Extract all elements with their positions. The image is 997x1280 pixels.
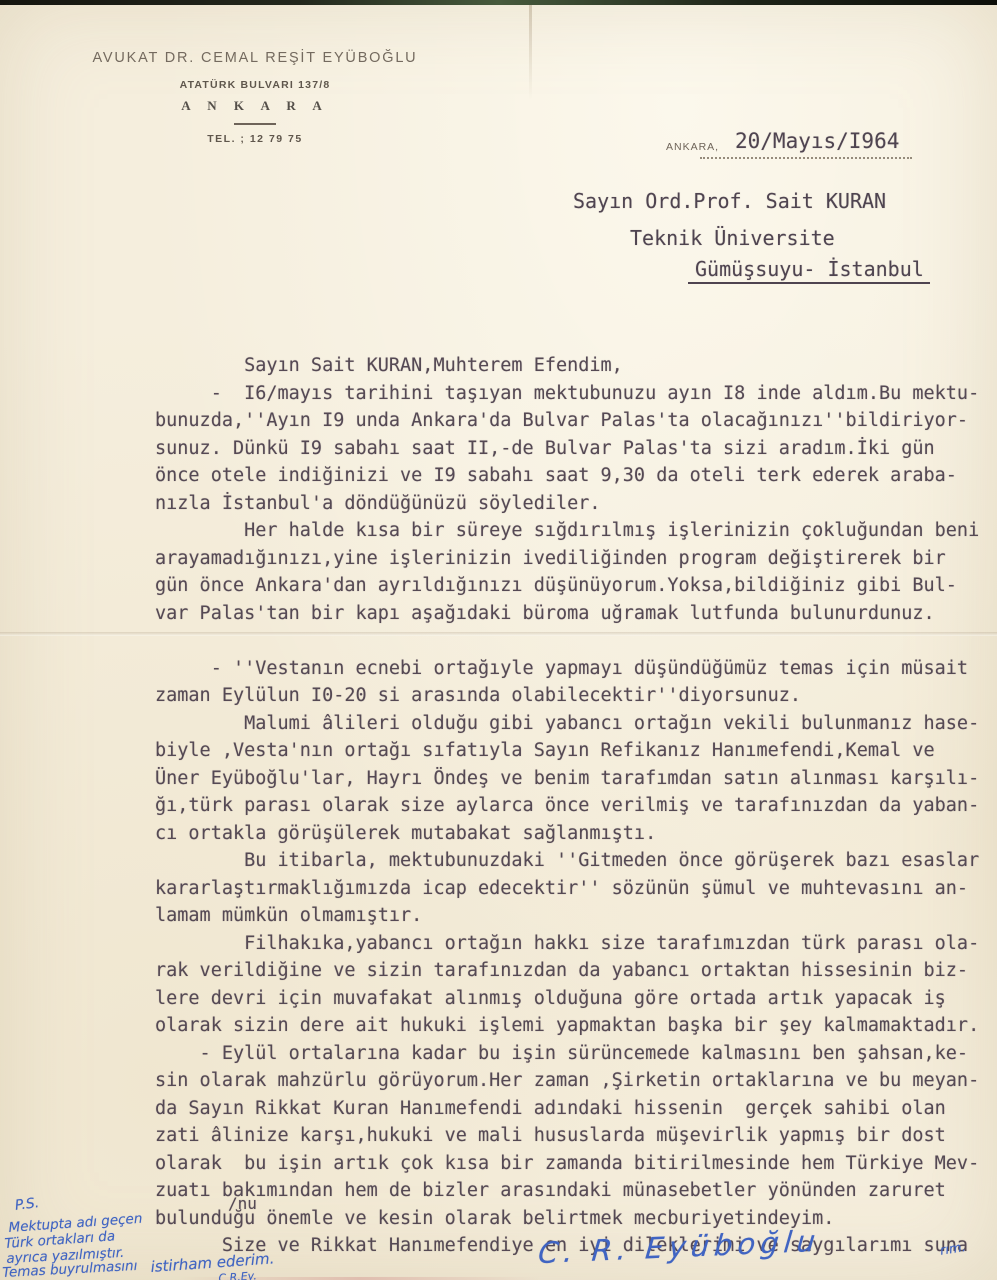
body-line: gün önce Ankara'dan ayrıldığınızı düşünü… bbox=[155, 572, 995, 600]
body-line: Her halde kısa bir süreye sığdırılmış iş… bbox=[155, 517, 995, 545]
body-line: olarak sizin dere ait hukuki işlemi yapm… bbox=[155, 1012, 995, 1040]
recipient-city: Gümüşsuyu- İstanbul bbox=[688, 257, 930, 284]
letterhead-divider bbox=[234, 123, 276, 125]
recipient-city-underlined: Gümüşsuyu- İstanbul bbox=[688, 257, 930, 284]
recipient-name: Sayın Ord.Prof. Sait KURAN bbox=[573, 189, 886, 213]
body-line: bunuzda,''Ayın I9 unda Ankara'da Bulvar … bbox=[155, 407, 995, 435]
body-line: zati âlinize karşı,hukuki ve mali hususl… bbox=[155, 1122, 995, 1150]
body-line: kararlaştırmaklığımızda icap edecektir''… bbox=[155, 875, 995, 903]
body-line: bulunduğu önemle ve kesin olarak belirtm… bbox=[155, 1205, 995, 1233]
letter-page: AVUKAT DR. CEMAL REŞİT EYÜBOĞLU ATATÜRK … bbox=[0, 0, 997, 1280]
body-line: Filhakıka,yabancı ortağın hakkı size tar… bbox=[155, 930, 995, 958]
body-line: Bu itibarla, mektubunuzdaki ''Gitmeden ö… bbox=[155, 847, 995, 875]
body-line: Malumi âlileri olduğu gibi yabancı ortağ… bbox=[155, 710, 995, 738]
body-line: Sayın Sait KURAN,Muhterem Efendim, bbox=[155, 352, 995, 380]
letterhead: AVUKAT DR. CEMAL REŞİT EYÜBOĞLU ATATÜRK … bbox=[84, 50, 426, 145]
handwritten-ps-label: P.S. bbox=[14, 1195, 40, 1214]
letter-body: Sayın Sait KURAN,Muhterem Efendim, - I6/… bbox=[155, 352, 995, 1260]
letterhead-city: A N K A R A bbox=[84, 98, 426, 114]
body-line: zaman Eylülun I0-20 si arasında olabilec… bbox=[155, 682, 995, 710]
typed-insertion-correction: /nu bbox=[228, 1194, 257, 1213]
vertical-fold-crease bbox=[529, 5, 532, 100]
body-line: nızla İstanbul'a döndüğünüzü söylediler. bbox=[155, 490, 995, 518]
body-line: rak verildiğine ve sizin tarafınızdan da… bbox=[155, 957, 995, 985]
body-line bbox=[155, 627, 995, 655]
body-line: - Eylül ortalarına kadar bu işin sürünce… bbox=[155, 1040, 995, 1068]
handwritten-initials: Ç.R.Ey. bbox=[218, 1269, 257, 1280]
body-line: sunuz. Dünkü I9 sabahı saat II,-de Bulva… bbox=[155, 435, 995, 463]
body-line: var Palas'tan bir kapı aşağıdaki büroma … bbox=[155, 600, 995, 628]
body-line: - I6/mayıs tarihini taşıyan mektubunuzu … bbox=[155, 380, 995, 408]
body-line: da Sayın Rikkat Kuran Hanımefendi adında… bbox=[155, 1095, 995, 1123]
body-line: ğı,türk parası olarak size aylarca önce … bbox=[155, 792, 995, 820]
body-line: olarak bu işin artık çok kısa bir zamand… bbox=[155, 1150, 995, 1178]
body-line: - ''Vestanın ecnebi ortağıyle yapmayı dü… bbox=[155, 655, 995, 683]
letterhead-address: ATATÜRK BULVARI 137/8 bbox=[84, 79, 426, 91]
letterhead-phone: TEL. ; 12 79 75 bbox=[84, 133, 426, 145]
scan-top-edge bbox=[0, 0, 997, 5]
body-line: arayamadığınızı,yine işlerinizin ivedili… bbox=[155, 545, 995, 573]
body-line: lamam mümkün olmamıştır. bbox=[155, 902, 995, 930]
letterhead-name: AVUKAT DR. CEMAL REŞİT EYÜBOĞLU bbox=[84, 50, 426, 66]
date-value: 20/Mayıs/I964 bbox=[735, 129, 899, 153]
body-line: biyle ,Vesta'nın ortağı sıfatıyla Sayın … bbox=[155, 737, 995, 765]
body-line: sin olarak mahzürlu görüyorum.Her zaman … bbox=[155, 1067, 995, 1095]
body-line: zuatı bakımından hem de bizler arasındak… bbox=[155, 1177, 995, 1205]
body-line: önce otele indiğinizi ve I9 sabahı saat … bbox=[155, 462, 995, 490]
body-line: cı ortakla görüşülerek mutabakat sağlanm… bbox=[155, 820, 995, 848]
recipient-institution: Teknik Üniversite bbox=[630, 226, 835, 250]
body-line: Üner Eyüboğlu'lar, Hayrı Öndeş ve benim … bbox=[155, 765, 995, 793]
body-line: lere devri için muvafakat alınmış olduğu… bbox=[155, 985, 995, 1013]
date-place-label: ANKARA, bbox=[666, 141, 719, 153]
